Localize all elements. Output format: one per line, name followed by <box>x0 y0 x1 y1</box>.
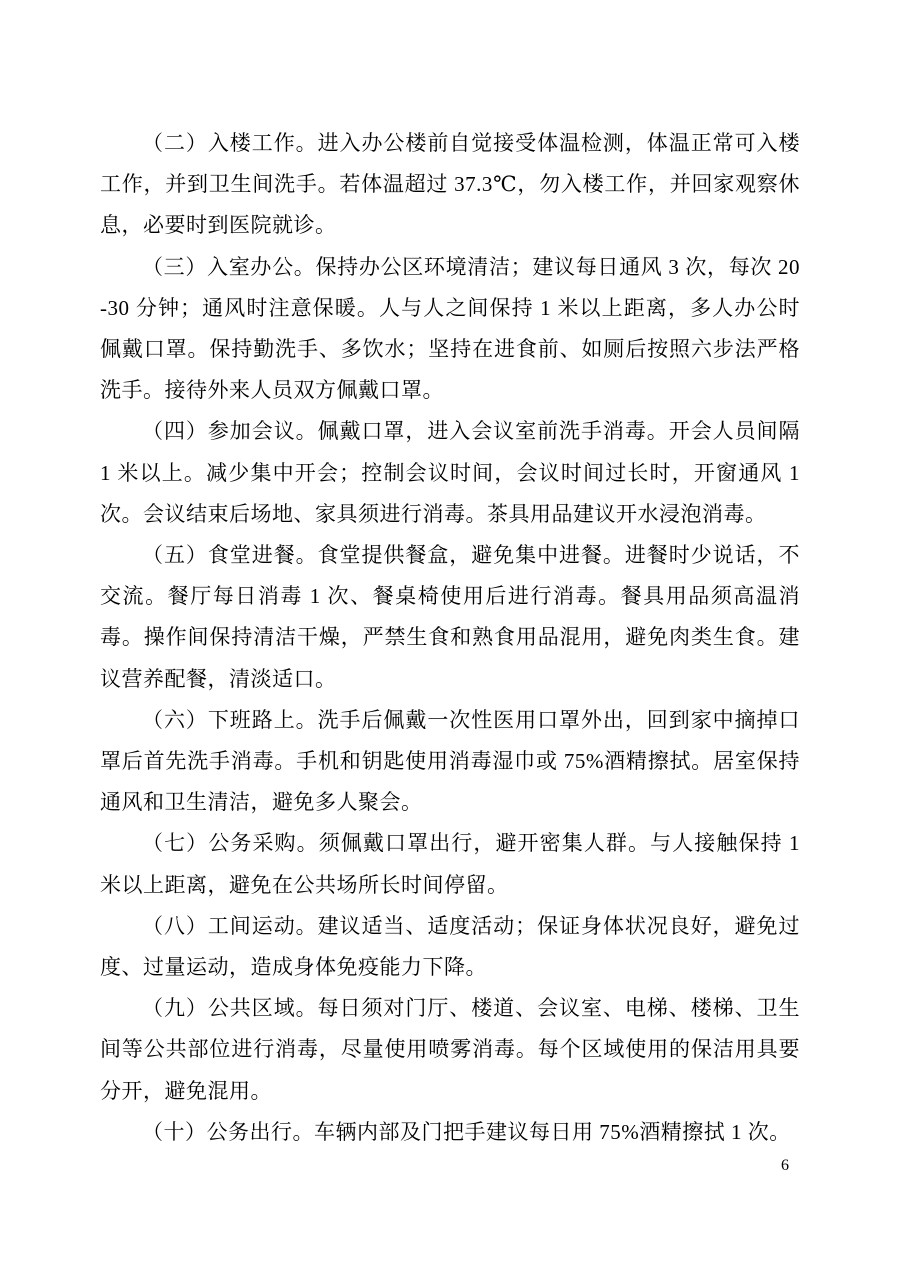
paragraph-item-6: （六）下班路上。洗手后佩戴一次性医用口罩外出，回到家中摘掉口罩后首先洗手消毒。手… <box>100 700 800 824</box>
paragraph-item-3: （三）入室办公。保持办公区环境清洁；建议每日通风 3 次，每次 20-30 分钟… <box>100 247 800 412</box>
paragraph-item-7: （七）公务采购。须佩戴口罩出行，避开密集人群。与人接触保持 1 米以上距离，避免… <box>100 823 800 905</box>
document-body: （二）入楼工作。进入办公楼前自觉接受体温检测，体温正常可入楼工作，并到卫生间洗手… <box>100 123 800 1153</box>
paragraph-item-10: （十）公务出行。车辆内部及门把手建议每日用 75%酒精擦拭 1 次。 <box>100 1112 800 1153</box>
page-number: 6 <box>781 1156 789 1176</box>
paragraph-item-8: （八）工间运动。建议适当、适度活动；保证身体状况良好，避免过度、过量运动，造成身… <box>100 906 800 988</box>
paragraph-item-2: （二）入楼工作。进入办公楼前自觉接受体温检测，体温正常可入楼工作，并到卫生间洗手… <box>100 123 800 247</box>
paragraph-item-9: （九）公共区域。每日须对门厅、楼道、会议室、电梯、楼梯、卫生间等公共部位进行消毒… <box>100 988 800 1112</box>
document-page: （二）入楼工作。进入办公楼前自觉接受体温检测，体温正常可入楼工作，并到卫生间洗手… <box>0 0 900 1273</box>
paragraph-item-4: （四）参加会议。佩戴口罩，进入会议室前洗手消毒。开会人员间隔 1 米以上。减少集… <box>100 411 800 535</box>
paragraph-item-5: （五）食堂进餐。食堂提供餐盒，避免集中进餐。进餐时少说话，不交流。餐厅每日消毒 … <box>100 535 800 700</box>
